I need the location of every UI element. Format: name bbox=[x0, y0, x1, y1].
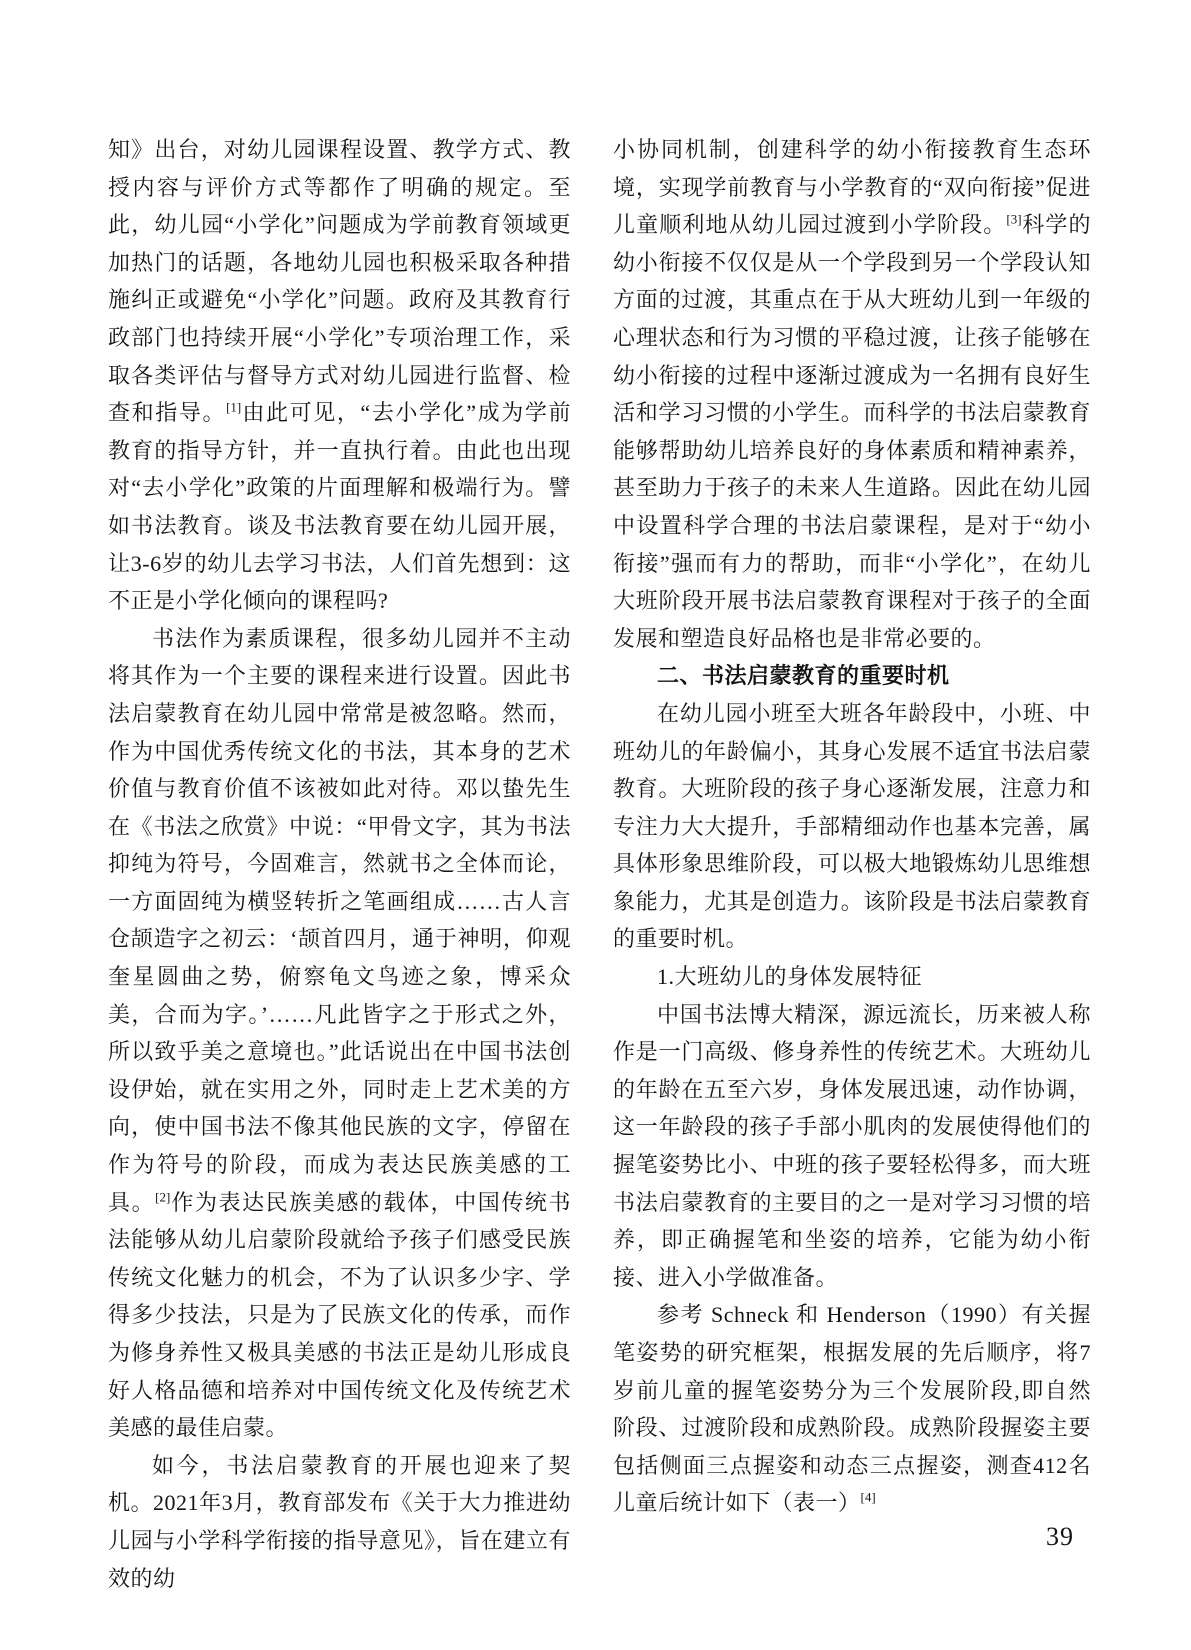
paragraph-text: 科学的幼小衔接不仅仅是从一个学段到另一个学段认知方面的过渡，其重点在于从大班幼儿… bbox=[613, 212, 1091, 651]
sub-heading: 1.大班幼儿的身体发展特征 bbox=[613, 958, 1091, 996]
paragraph-text: 知》出台，对幼儿园课程设置、教学方式、教授内容与评价方式等都作了明确的规定。至此… bbox=[108, 137, 571, 425]
paragraph-text: 在幼儿园小班至大班各年龄段中，小班、中班幼儿的年龄偏小，其身心发展不适宜书法启蒙… bbox=[613, 701, 1091, 952]
reference-marker-2: [2] bbox=[155, 1189, 170, 1204]
paragraph: 在幼儿园小班至大班各年龄段中，小班、中班幼儿的年龄偏小，其身心发展不适宜书法启蒙… bbox=[613, 695, 1091, 958]
paragraph-text: 中国书法博大精深，源远流长，历来被人称作是一门高级、修身养性的传统艺术。大班幼儿… bbox=[613, 1002, 1091, 1290]
paragraph-text: 由此可见，“去小学化”成为学前教育的指导方针，并一直执行着。由此也出现对“去小学… bbox=[108, 400, 571, 613]
paragraph-continuation: 小协同机制，创建科学的幼小衔接教育生态环境，实现学前教育与小学教育的“双向衔接”… bbox=[613, 131, 1091, 657]
right-column: 小协同机制，创建科学的幼小衔接教育生态环境，实现学前教育与小学教育的“双向衔接”… bbox=[613, 131, 1091, 1522]
paragraph: 如今，书法启蒙教育的开展也迎来了契机。2021年3月，教育部发布《关于大力推进幼… bbox=[108, 1447, 571, 1597]
section-heading: 二、书法启蒙教育的重要时机 bbox=[613, 657, 1091, 695]
reference-marker-1: [1] bbox=[226, 400, 241, 415]
paragraph: 参考 Schneck 和 Henderson（1990）有关握笔姿势的研究框架，… bbox=[613, 1296, 1091, 1522]
paragraph-text: 作为表达民族美感的载体，中国传统书法能够从幼儿启蒙阶段就给予孩子们感受民族传统文… bbox=[108, 1190, 571, 1441]
reference-marker-4: [4] bbox=[861, 1490, 876, 1505]
paragraph-text: 如今，书法启蒙教育的开展也迎来了契机。2021年3月，教育部发布《关于大力推进幼… bbox=[108, 1453, 571, 1591]
reference-marker-3: [3] bbox=[1006, 212, 1021, 227]
paragraph-text: 书法作为素质课程，很多幼儿园并不主动将其作为一个主要的课程来进行设置。因此书法启… bbox=[108, 626, 571, 1215]
left-column: 知》出台，对幼儿园课程设置、教学方式、教授内容与评价方式等都作了明确的规定。至此… bbox=[108, 131, 571, 1597]
paragraph: 中国书法博大精深，源远流长，历来被人称作是一门高级、修身养性的传统艺术。大班幼儿… bbox=[613, 996, 1091, 1297]
document-page: 知》出台，对幼儿园课程设置、教学方式、教授内容与评价方式等都作了明确的规定。至此… bbox=[0, 0, 1191, 1650]
page-number: 39 bbox=[1046, 1522, 1074, 1552]
paragraph-continuation: 知》出台，对幼儿园课程设置、教学方式、教授内容与评价方式等都作了明确的规定。至此… bbox=[108, 131, 571, 620]
paragraph: 书法作为素质课程，很多幼儿园并不主动将其作为一个主要的课程来进行设置。因此书法启… bbox=[108, 620, 571, 1447]
paragraph-text: 参考 Schneck 和 Henderson（1990）有关握笔姿势的研究框架，… bbox=[613, 1302, 1091, 1515]
